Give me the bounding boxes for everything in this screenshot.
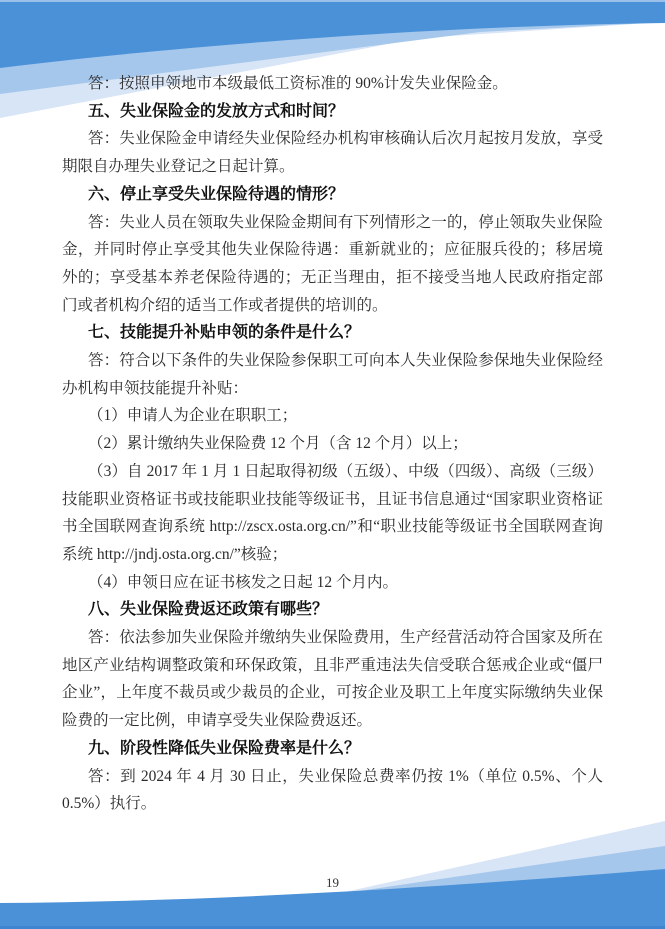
paragraph: （1）申请人为企业在职职工； [62, 402, 603, 430]
document-page: 答：按照申领地市本级最低工资标准的 90%计发失业保险金。五、失业保险金的发放方… [0, 0, 665, 929]
section-heading: 六、停止享受失业保险待遇的情形？ [62, 181, 603, 209]
paragraph: 答：符合以下条件的失业保险参保职工可向本人失业保险参保地失业保险经办机构申领技能… [62, 347, 603, 402]
paragraph: （3）自 2017 年 1 月 1 日起取得初级（五级）、中级（四级）、高级（三… [62, 458, 603, 569]
paragraph: （2）累计缴纳失业保险费 12 个月（含 12 个月）以上； [62, 430, 603, 458]
paragraph: 答：失业人员在领取失业保险金期间有下列情形之一的，停止领取失业保险金，并同时停止… [62, 209, 603, 320]
paragraph: （4）申领日应在证书核发之日起 12 个月内。 [62, 569, 603, 597]
paragraph: 答：失业保险金申请经失业保险经办机构审核确认后次月起按月发放，享受期限自办理失业… [62, 125, 603, 180]
paragraph: 答：到 2024 年 4 月 30 日止，失业保险总费率仍按 1%（单位 0.5… [62, 763, 603, 818]
section-heading: 九、阶段性降低失业保险费率是什么？ [62, 735, 603, 763]
document-content: 答：按照申领地市本级最低工资标准的 90%计发失业保险金。五、失业保险金的发放方… [62, 70, 603, 818]
paragraph: 答：依法参加失业保险并缴纳失业保险费用，生产经营活动符合国家及所在地区产业结构调… [62, 624, 603, 735]
header-top-edge [0, 0, 665, 2]
section-heading: 七、技能提升补贴申领的条件是什么？ [62, 319, 603, 347]
paragraph: 答：按照申领地市本级最低工资标准的 90%计发失业保险金。 [62, 70, 603, 98]
section-heading: 八、失业保险费返还政策有哪些？ [62, 596, 603, 624]
section-heading: 五、失业保险金的发放方式和时间？ [62, 98, 603, 126]
page-number: 19 [0, 875, 665, 891]
